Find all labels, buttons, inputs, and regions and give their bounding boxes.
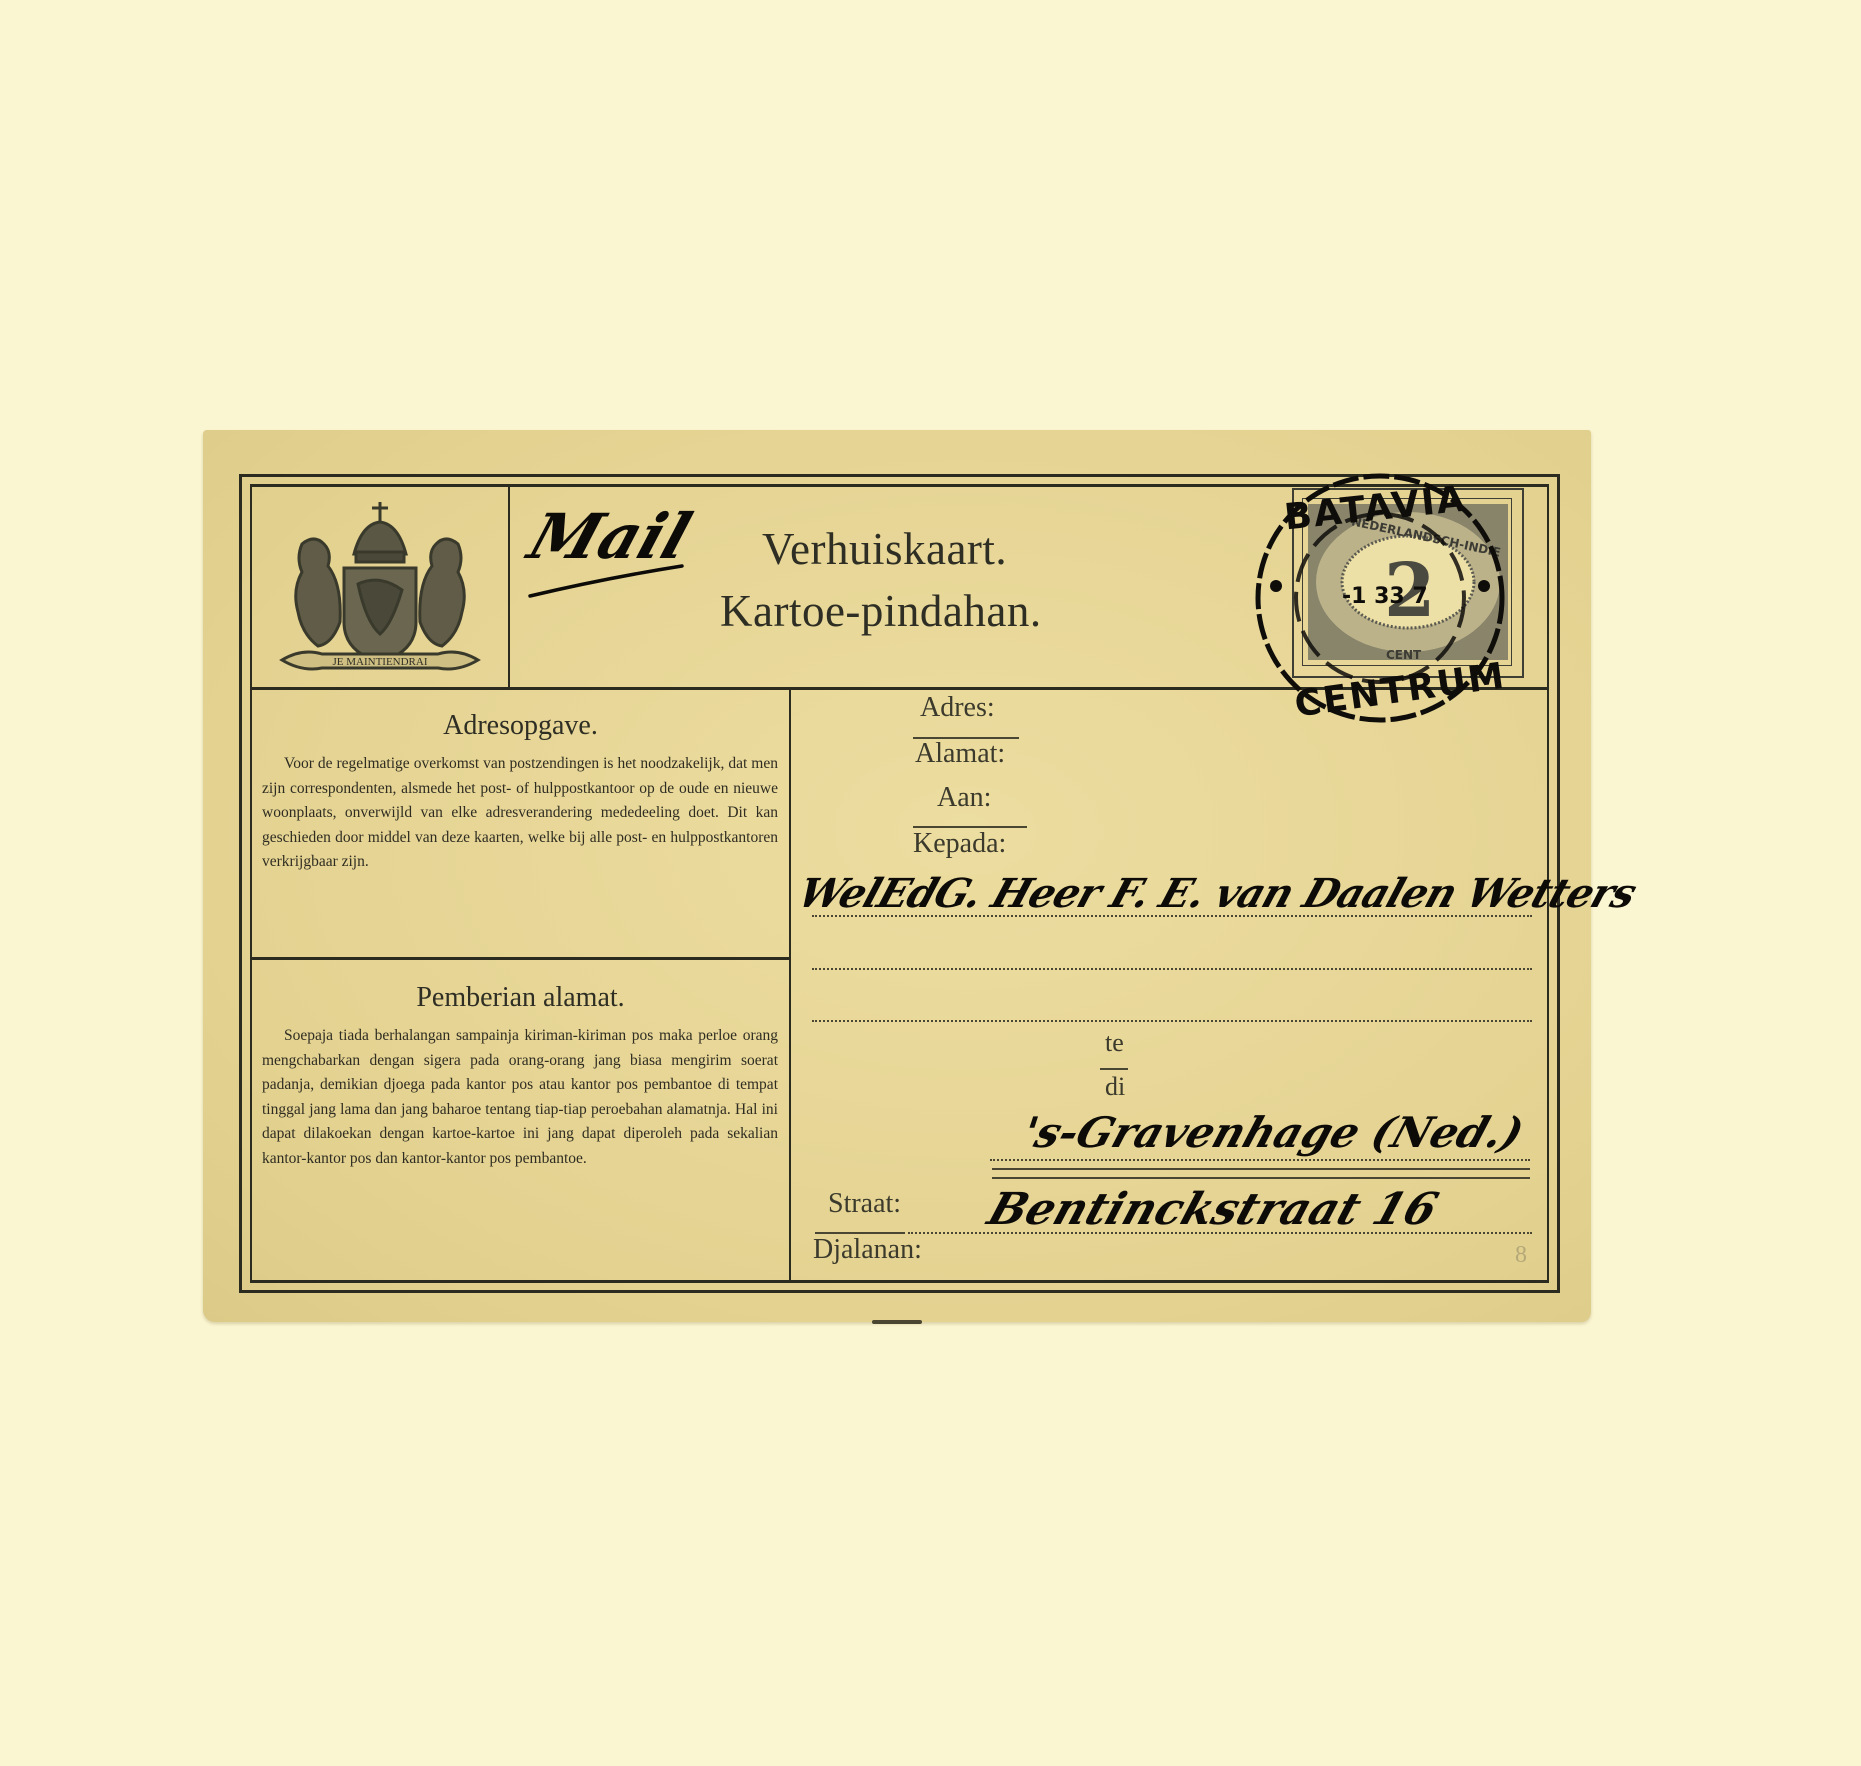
postmark-date: -1 33 7 bbox=[1342, 584, 1428, 609]
coat-of-arms-icon: JE MAINTIENDRAI bbox=[262, 494, 498, 676]
label-adres: Adres: bbox=[920, 692, 995, 724]
border-inner-bottom bbox=[250, 1280, 1549, 1283]
city-line bbox=[990, 1159, 1530, 1161]
section-body-malay: Soepaja tiada berhalangan sampainja kiri… bbox=[262, 1024, 778, 1171]
city-rule-2 bbox=[992, 1177, 1530, 1179]
recipient-name: WelEdG. Heer F. E. van Daalen Wetters bbox=[792, 870, 1641, 917]
city-rule-1 bbox=[992, 1168, 1530, 1170]
border-outer-left bbox=[239, 474, 242, 1293]
address-line-3 bbox=[812, 1020, 1532, 1022]
address-line-2 bbox=[812, 968, 1532, 970]
label-di: di bbox=[1105, 1072, 1125, 1102]
label-te: te bbox=[1105, 1028, 1124, 1058]
section-heading-dutch: Adresopgave. bbox=[252, 710, 789, 742]
street-name: Bentinckstraat 16 bbox=[982, 1184, 1444, 1235]
section-heading-malay: Pemberian alamat. bbox=[252, 982, 789, 1014]
label-straat: Straat: bbox=[828, 1188, 901, 1220]
postmark-cancel: BATAVIA CENTRUM -1 33 7 bbox=[1242, 470, 1522, 732]
title-dutch: Verhuiskaart. bbox=[762, 523, 1007, 575]
mail-underline bbox=[526, 560, 686, 600]
pencil-mark: 8 bbox=[1515, 1242, 1527, 1269]
city-name: 's-Gravenhage (Ned.) bbox=[1016, 1108, 1530, 1157]
svg-text:JE MAINTIENDRAI: JE MAINTIENDRAI bbox=[332, 656, 427, 668]
label-kepada: Kepada: bbox=[913, 828, 1006, 860]
label-alamat: Alamat: bbox=[915, 738, 1005, 770]
label-divider-te bbox=[1100, 1068, 1128, 1070]
label-djalanan: Djalanan: bbox=[813, 1234, 922, 1266]
border-inner-left bbox=[250, 484, 252, 1283]
section-body-dutch: Voor de regelmatige overkomst van postze… bbox=[262, 752, 778, 875]
left-section-divider bbox=[252, 957, 789, 960]
crest-divider bbox=[508, 486, 510, 688]
label-aan: Aan: bbox=[937, 782, 991, 814]
card-edge-mark bbox=[872, 1320, 922, 1324]
column-divider bbox=[789, 689, 791, 1281]
border-outer-bottom bbox=[239, 1290, 1560, 1293]
title-malay: Kartoe-pindahan. bbox=[720, 585, 1042, 637]
